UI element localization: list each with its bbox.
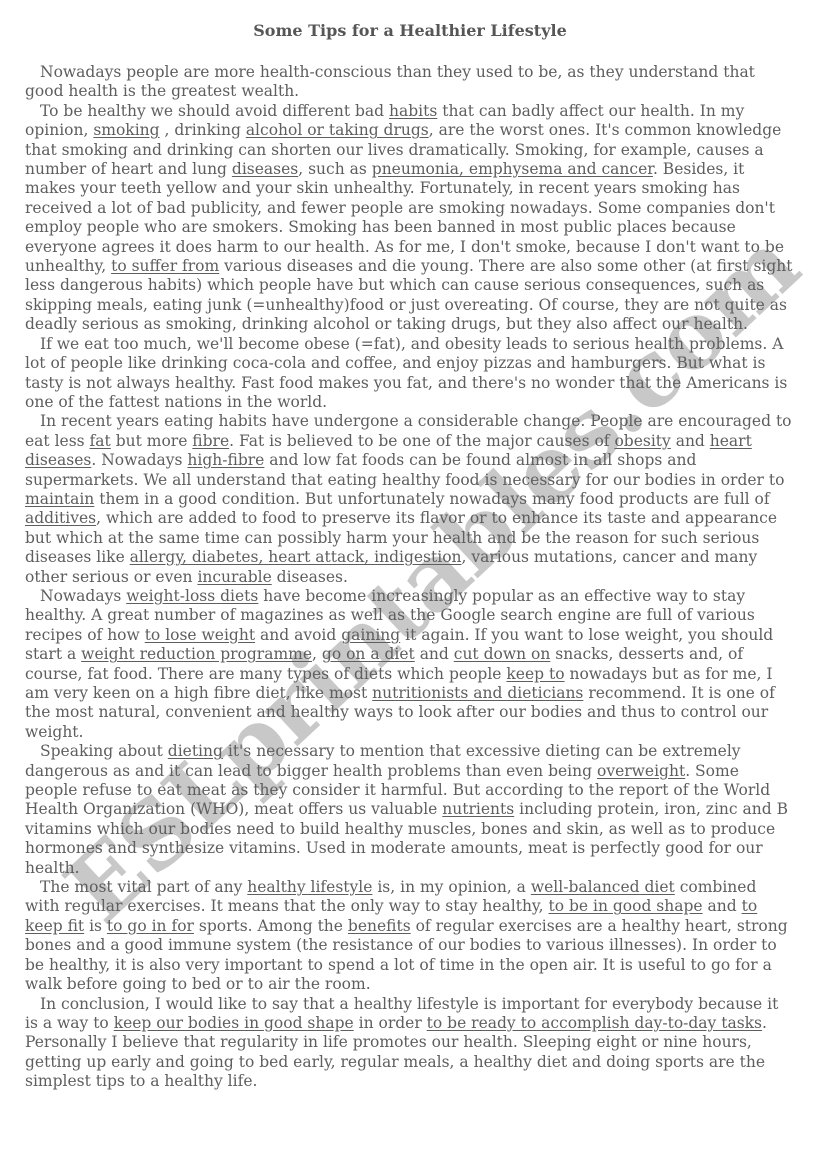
paragraph-text: . Fat is believed to be one of the major…: [229, 432, 614, 450]
paragraph-3: If we eat too much, we'll become obese (…: [25, 335, 795, 413]
vocabulary-term: benefits: [348, 917, 411, 935]
vocabulary-term: go on a diet: [322, 645, 415, 663]
vocabulary-term: pneumonia, emphysema and cancer: [372, 160, 653, 178]
paragraph-2: To be healthy we should avoid different …: [25, 102, 795, 335]
document-body: Nowadays people are more health-consciou…: [25, 63, 795, 1092]
paragraph-text: Nowadays: [40, 587, 126, 605]
vocabulary-term: alcohol or taking drugs: [246, 121, 429, 139]
vocabulary-term: overweight: [597, 762, 685, 780]
vocabulary-term: to be ready to accomplish day-to-day tas…: [427, 1014, 762, 1032]
vocabulary-term: healthy lifestyle: [247, 878, 372, 896]
paragraph-text: but more: [111, 432, 193, 450]
document-title: Some Tips for a Healthier Lifestyle: [25, 22, 795, 40]
paragraph-text: ,: [312, 645, 322, 663]
paragraph-text: diseases.: [272, 568, 348, 586]
vocabulary-term: well-balanced diet: [531, 878, 675, 896]
paragraph-text: and avoid: [255, 626, 341, 644]
vocabulary-term: smoking: [93, 121, 159, 139]
paragraph-text: , such as: [298, 160, 372, 178]
paragraph-text: and: [415, 645, 454, 663]
vocabulary-term: fat: [90, 432, 111, 450]
vocabulary-term: nutritionists and dieticians: [372, 684, 583, 702]
vocabulary-term: to go in for: [107, 917, 194, 935]
vocabulary-term: incurable: [197, 568, 271, 586]
paragraph-text: and: [703, 897, 742, 915]
paragraph-text: If we eat too much, we'll become obese (…: [25, 335, 787, 411]
vocabulary-term: weight reduction programme: [81, 645, 312, 663]
paragraph-text: Speaking about: [40, 742, 168, 760]
paragraph-8: In conclusion, I would like to say that …: [25, 995, 795, 1092]
vocabulary-term: dieting: [168, 742, 223, 760]
vocabulary-term: to be in good shape: [549, 897, 703, 915]
vocabulary-term: obesity: [614, 432, 670, 450]
paragraph-text: them in a good condition. But unfortunat…: [94, 490, 769, 508]
vocabulary-term: to lose weight: [145, 626, 255, 644]
vocabulary-term: to suffer from: [111, 257, 219, 275]
paragraph-text: , drinking: [160, 121, 246, 139]
paragraph-7: The most vital part of any healthy lifes…: [25, 878, 795, 994]
document-content: Some Tips for a Healthier Lifestyle Nowa…: [25, 22, 795, 1092]
vocabulary-term: high-fibre: [187, 451, 264, 469]
vocabulary-term: diseases: [232, 160, 298, 178]
paragraph-text: The most vital part of any: [40, 878, 247, 896]
vocabulary-term: fibre: [192, 432, 229, 450]
vocabulary-term: gaining: [341, 626, 400, 644]
vocabulary-term: cut down on: [454, 645, 551, 663]
paragraph-text: is, in my opinion, a: [372, 878, 530, 896]
paragraph-text: in order: [354, 1014, 427, 1032]
vocabulary-term: habits: [389, 102, 437, 120]
document-page: ESLprintables.com Some Tips for a Health…: [0, 0, 821, 1169]
paragraph-text: To be healthy we should avoid different …: [40, 102, 389, 120]
vocabulary-term: keep our bodies in good shape: [114, 1014, 354, 1032]
vocabulary-term: allergy, diabetes, heart attack, indiges…: [130, 548, 462, 566]
paragraph-text: sports. Among the: [194, 917, 348, 935]
vocabulary-term: keep to: [506, 665, 564, 683]
vocabulary-term: weight-loss diets: [126, 587, 258, 605]
vocabulary-term: additives: [25, 509, 96, 527]
paragraph-text: . Nowadays: [91, 451, 187, 469]
paragraph-text: and: [671, 432, 710, 450]
vocabulary-term: maintain: [25, 490, 94, 508]
paragraph-4: In recent years eating habits have under…: [25, 412, 795, 587]
vocabulary-term: nutrients: [442, 800, 514, 818]
paragraph-1: Nowadays people are more health-consciou…: [25, 63, 795, 102]
paragraph-text: Nowadays people are more health-consciou…: [25, 63, 755, 100]
paragraph-6: Speaking about dieting it's necessary to…: [25, 742, 795, 878]
paragraph-5: Nowadays weight-loss diets have become i…: [25, 587, 795, 742]
paragraph-text: is: [84, 917, 107, 935]
